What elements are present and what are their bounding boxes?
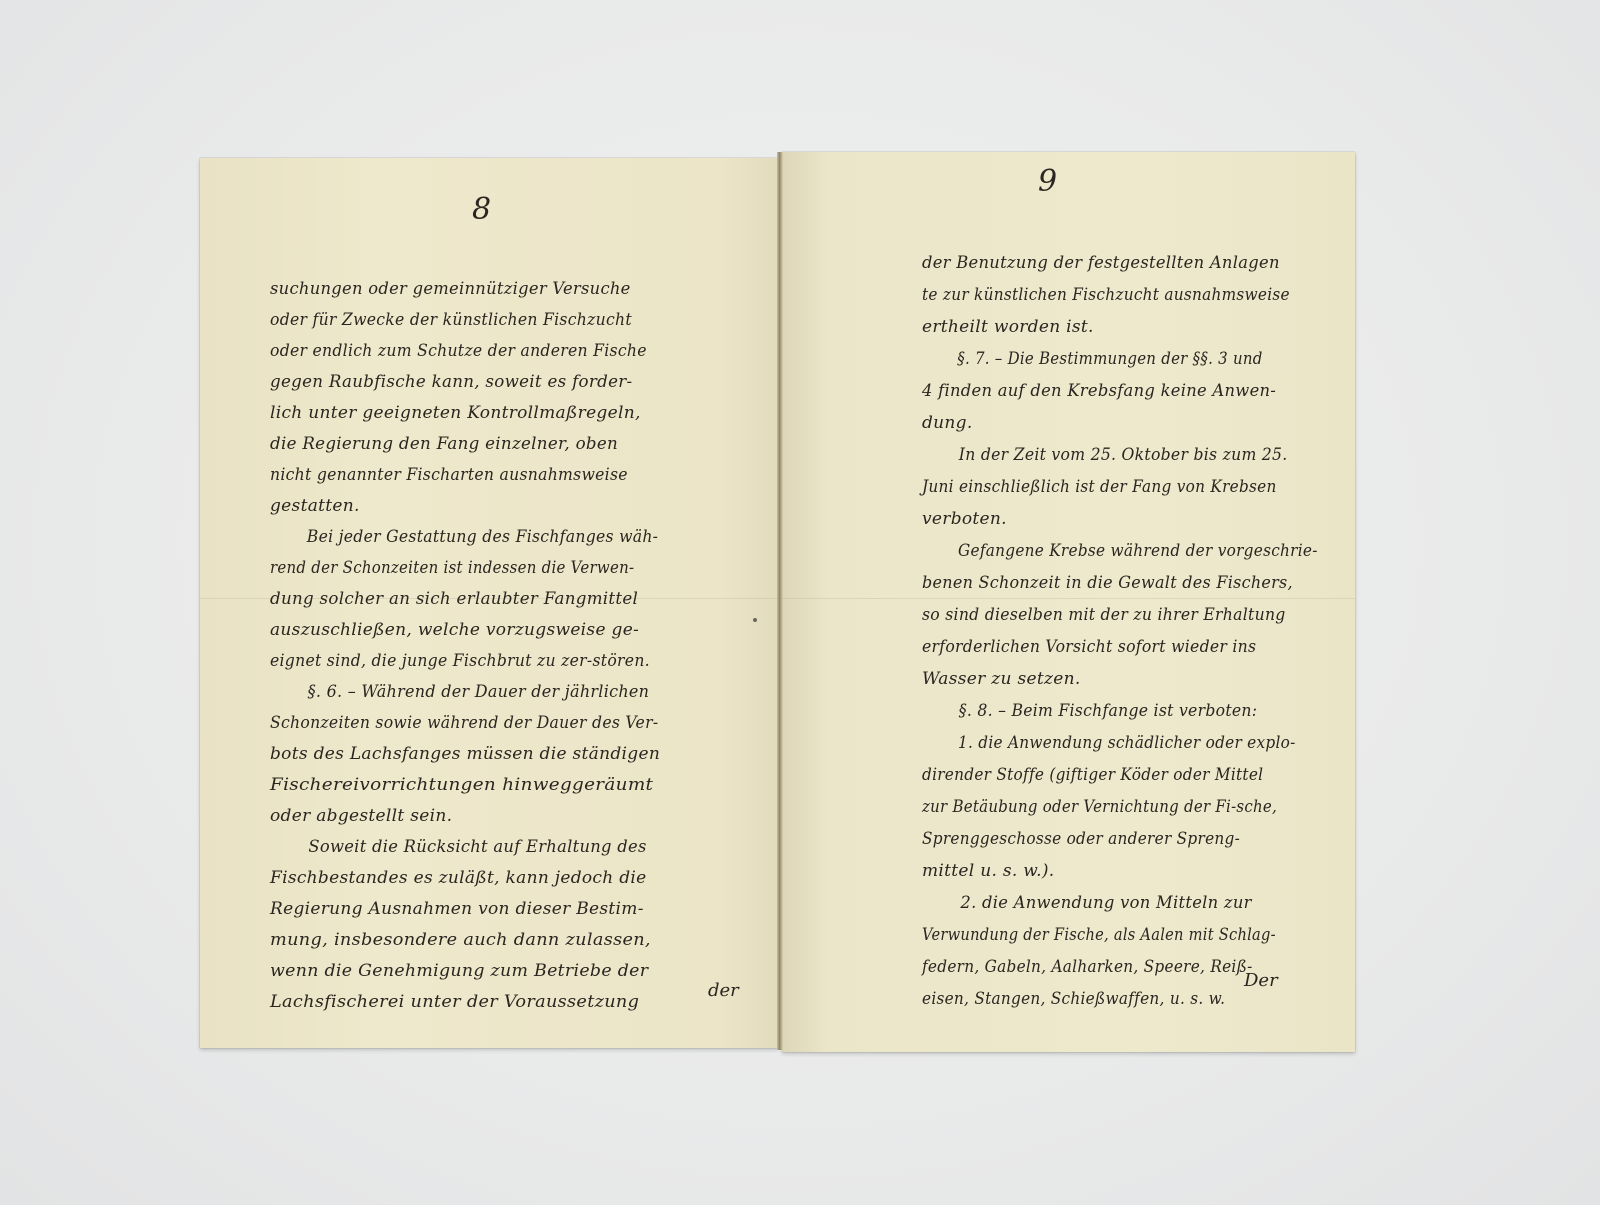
text-line: federn, Gabeln, Aalharken, Speere, Reiß- bbox=[922, 954, 1253, 980]
paper-fold-line bbox=[782, 598, 1355, 599]
page-number: 9 bbox=[1038, 164, 1057, 199]
text-line: In der Zeit vom 25. Oktober bis zum 25. bbox=[922, 442, 1287, 468]
text-line: dung solcher an sich erlaubter Fangmitte… bbox=[270, 586, 638, 612]
text-line: wenn die Genehmigung zum Betriebe der bbox=[270, 958, 648, 984]
text-line: benen Schonzeit in die Gewalt des Fische… bbox=[922, 570, 1293, 596]
text-line: Juni einschließlich ist der Fang von Kre… bbox=[922, 474, 1277, 500]
text-line: Sprenggeschosse oder anderer Spreng- bbox=[922, 826, 1240, 852]
text-line: bots des Lachsfanges müssen die ständige… bbox=[270, 741, 660, 767]
text-line: die Regierung den Fang einzelner, oben bbox=[270, 431, 618, 457]
text-line: oder für Zwecke der künstlichen Fischzuc… bbox=[270, 307, 632, 333]
catchword: Der bbox=[1244, 970, 1278, 991]
booklet-spine bbox=[777, 152, 783, 1050]
text-line: Regierung Ausnahmen von dieser Bestim- bbox=[270, 896, 644, 922]
text-line: auszuschließen, welche vorzugsweise ge- bbox=[270, 617, 639, 643]
text-line: erforderlichen Vorsicht sofort wieder in… bbox=[922, 634, 1256, 660]
text-line: nicht genannter Fischarten ausnahmsweise bbox=[270, 462, 628, 488]
pencil-mark bbox=[753, 618, 757, 622]
text-line: Gefangene Krebse während der vorgeschrie… bbox=[922, 538, 1318, 564]
text-line: Lachsfischerei unter der Voraussetzung bbox=[270, 989, 639, 1015]
text-line: oder endlich zum Schutze der anderen Fis… bbox=[270, 338, 647, 364]
text-line: mittel u. s. w.). bbox=[922, 858, 1054, 884]
open-booklet: 8 suchungen oder gemeinnütziger Versuche… bbox=[200, 156, 1355, 1052]
text-line: 1. die Anwendung schädlicher oder explo- bbox=[922, 730, 1296, 756]
text-line: §. 6. – Während der Dauer der jährlichen bbox=[270, 679, 649, 705]
text-line: lich unter geeigneten Kontrollmaßregeln, bbox=[270, 400, 641, 426]
text-line: zur Betäubung oder Vernichtung der Fi-sc… bbox=[922, 794, 1277, 820]
right-page: 9 der Benutzung der festgestellten Anlag… bbox=[782, 152, 1355, 1052]
text-line: Fischbestandes es zuläßt, kann jedoch di… bbox=[270, 865, 646, 891]
text-line: der Benutzung der festgestellten Anlagen bbox=[922, 250, 1280, 276]
text-line: 4 finden auf den Krebsfang keine Anwen- bbox=[922, 378, 1276, 404]
text-line: rend der Schonzeiten ist indessen die Ve… bbox=[270, 555, 634, 581]
text-line: Wasser zu setzen. bbox=[922, 666, 1081, 692]
text-line: mung, insbesondere auch dann zulassen, bbox=[270, 927, 651, 953]
text-line: gegen Raubfische kann, soweit es forder- bbox=[270, 369, 632, 395]
page-number: 8 bbox=[472, 192, 491, 227]
text-line: so sind dieselben mit der zu ihrer Erhal… bbox=[922, 602, 1286, 628]
text-line: §. 8. – Beim Fischfange ist verboten: bbox=[922, 698, 1257, 724]
text-line: verboten. bbox=[922, 506, 1007, 532]
text-line: Fischereivorrichtungen hinweggeräumt bbox=[270, 772, 653, 798]
text-line: gestatten. bbox=[270, 493, 360, 519]
text-line: ertheilt worden ist. bbox=[922, 314, 1094, 340]
text-line: te zur künstlichen Fischzucht ausnahmswe… bbox=[922, 282, 1290, 308]
text-line: 2. die Anwendung von Mitteln zur bbox=[922, 890, 1252, 916]
text-line: Bei jeder Gestattung des Fischfanges wäh… bbox=[270, 524, 658, 550]
text-line: dung. bbox=[922, 410, 973, 436]
left-page: 8 suchungen oder gemeinnütziger Versuche… bbox=[200, 158, 778, 1048]
text-line: suchungen oder gemeinnütziger Versuche bbox=[270, 276, 631, 302]
text-line: Verwundung der Fische, als Aalen mit Sch… bbox=[922, 922, 1276, 948]
catchword: der bbox=[708, 980, 739, 1001]
text-line: oder abgestellt sein. bbox=[270, 803, 452, 829]
text-line: eisen, Stangen, Schießwaffen, u. s. w. bbox=[922, 986, 1225, 1012]
text-line: §. 7. – Die Bestimmungen der §§. 3 und bbox=[922, 346, 1263, 372]
text-line: eignet sind, die junge Fischbrut zu zer-… bbox=[270, 648, 650, 674]
text-line: Schonzeiten sowie während der Dauer des … bbox=[270, 710, 658, 736]
text-line: dirender Stoffe (giftiger Köder oder Mit… bbox=[922, 762, 1263, 788]
text-line: Soweit die Rücksicht auf Erhaltung des bbox=[270, 834, 647, 860]
